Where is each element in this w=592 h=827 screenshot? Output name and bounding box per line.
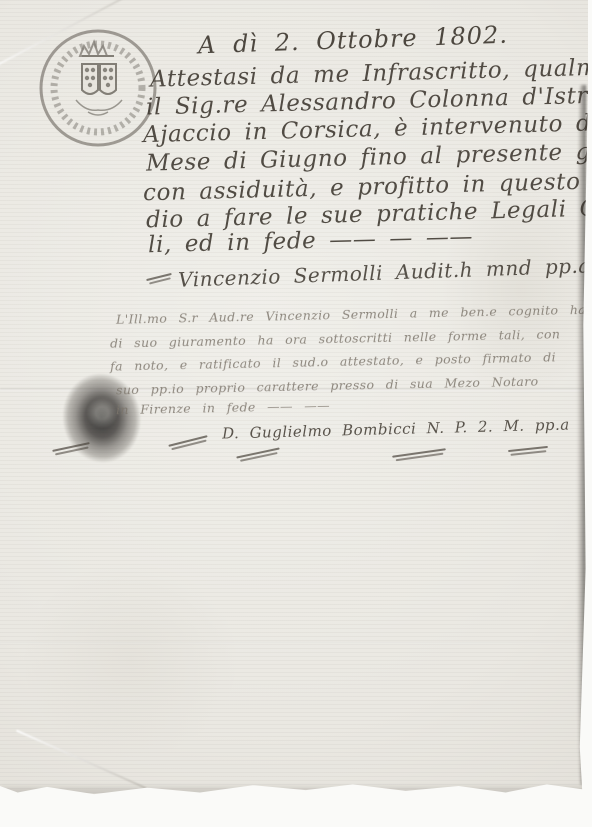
scanner-background: A dì 2. Ottobre 1802. Attestasi da me In… [0,0,592,827]
coat-of-arms-seal-icon [36,22,160,150]
manuscript-paper: A dì 2. Ottobre 1802. Attestasi da me In… [0,0,588,812]
paper-torn-right-edge [577,85,586,785]
paper-torn-bottom-edge [0,784,588,794]
